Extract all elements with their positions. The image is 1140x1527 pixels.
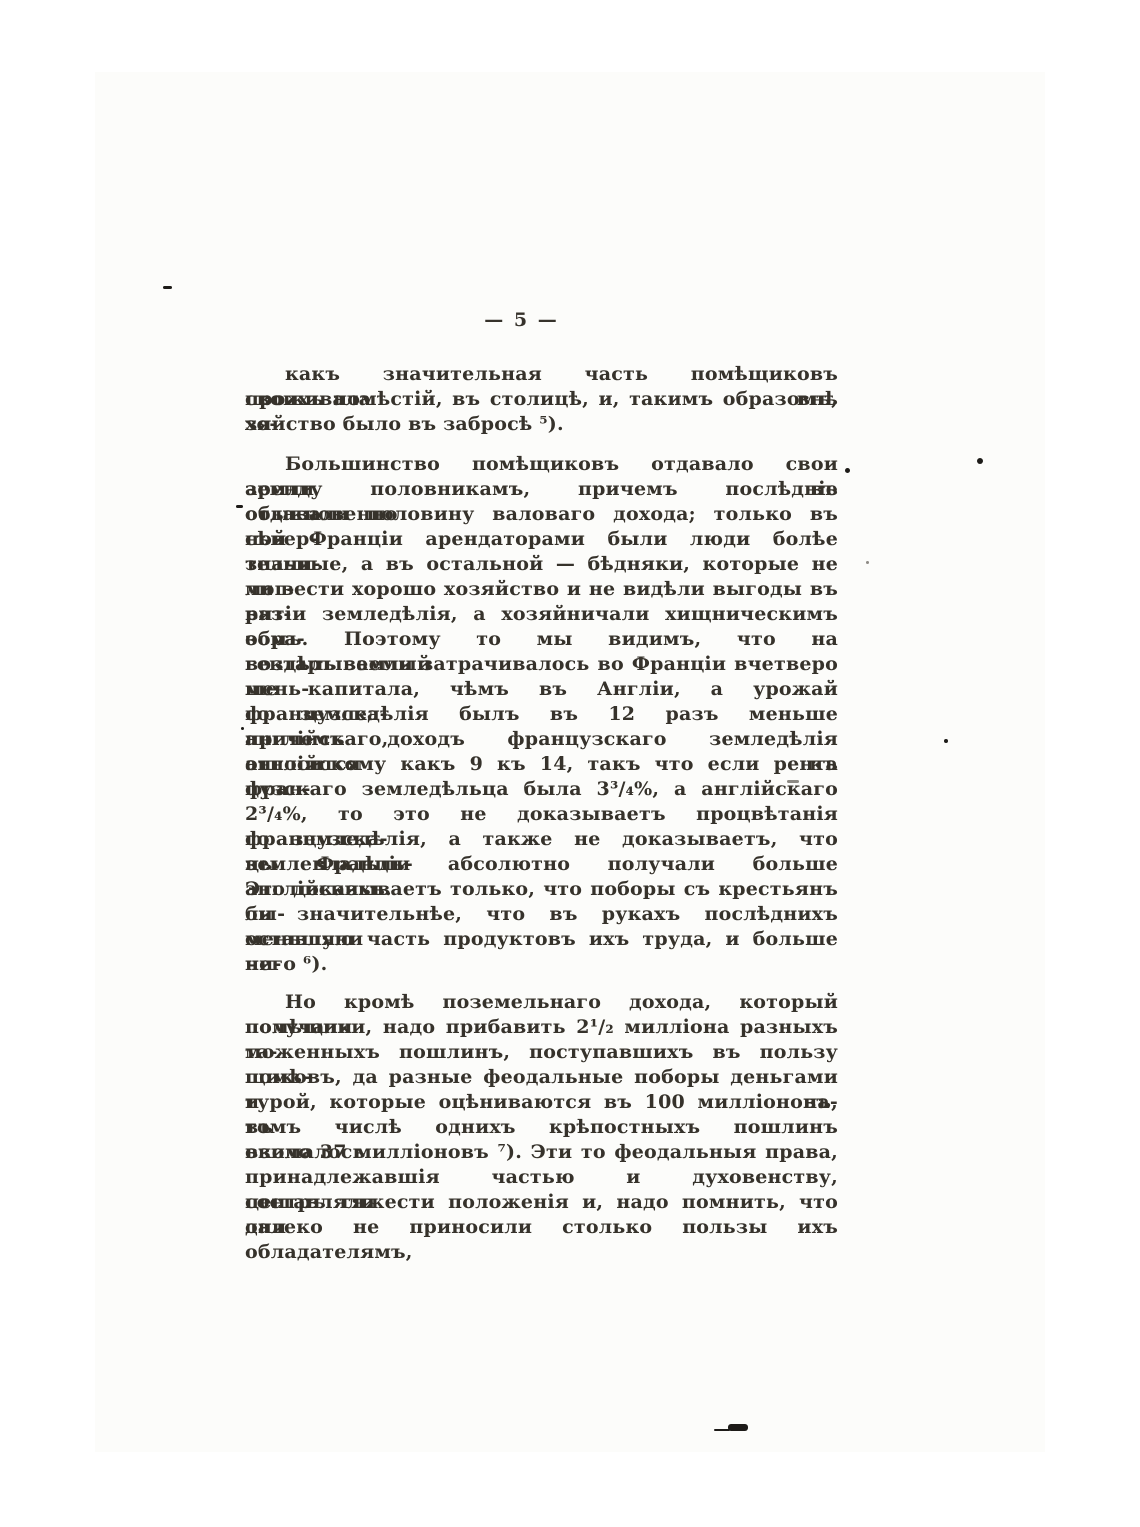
text-line: какъ значительная часть помѣщиковъ прожи… (245, 362, 838, 387)
text-line: ли значительнѣе, что въ рукахъ послѣдних… (245, 902, 838, 927)
page-number: — 5 — (225, 308, 818, 333)
ink-speck (236, 505, 243, 508)
text-line: ше капитала, чѣмъ въ Англіи, а урожай фр… (245, 677, 838, 702)
paragraphs-container: какъ значительная часть помѣщиковъ прожи… (245, 362, 838, 1240)
text-line: зяйство было въ забросѣ ⁵). (245, 412, 838, 437)
text-line: 2³/₄%, то это не доказываетъ процвѣтанія… (245, 802, 838, 827)
ink-smudge (714, 1429, 730, 1431)
ink-speck (977, 458, 983, 464)
text-line: принадлежавшія частью и духовенству, сос… (245, 1165, 838, 1190)
text-line: го земледѣлія, а также не доказываетъ, ч… (245, 827, 838, 852)
ink-speck (163, 286, 172, 289)
text-line: чего ⁶). (245, 952, 838, 977)
text-line: Но кромѣ поземельнаго дохода, который по… (245, 990, 838, 1015)
paragraph: Большинство помѣщиковъ отдавало свои зем… (245, 452, 838, 977)
ink-smudge (728, 1424, 748, 1431)
text-line: тельные, а въ остальной — бѣдняки, котор… (245, 552, 838, 577)
paragraph: Но кромѣ поземельнаго дохода, который по… (245, 990, 838, 1240)
text-line: аренду половникамъ, причемъ послѣдніе об… (245, 477, 838, 502)
text-line: около 37 милліоновъ ⁷). Эти то феодальны… (245, 1140, 838, 1165)
text-line: меньшую часть продуктовъ ихъ труда, и бо… (245, 927, 838, 952)
text-line: цузскаго земледѣльца была 3³/₄%, а англі… (245, 777, 838, 802)
text-line: центръ тяжести положенія и, надо помнить… (245, 1190, 838, 1215)
text-line: англійскому какъ 9 къ 14, такъ что если … (245, 752, 838, 777)
text-line: го земледѣлія былъ въ 12 разъ меньше анг… (245, 702, 838, 727)
text-line: щиковъ, да разные феодальные поборы день… (245, 1065, 838, 1090)
text-line: гектаръ земли затрачивалось во Франціи в… (245, 652, 838, 677)
ink-speck (866, 561, 869, 564)
text-line: моженныхъ пошлинъ, поступавшихъ въ польз… (245, 1040, 838, 1065)
text-line: своихъ помѣстій, въ столицѣ, и, такимъ о… (245, 387, 838, 412)
text-line: отдавали половину валоваго дохода; тольк… (245, 502, 838, 527)
text-line: зомъ. Поэтому то мы видимъ, что на воздѣ… (245, 627, 838, 652)
ink-speck (944, 739, 948, 743)
ink-speck (845, 468, 850, 473)
text-line: томъ числѣ однихъ крѣпостныхъ пошлинъ вз… (245, 1115, 838, 1140)
text-line: помѣщики, надо прибавить 2¹/₂ милліона р… (245, 1015, 838, 1040)
text-line: Большинство помѣщиковъ отдавало свои зем… (245, 452, 838, 477)
page-text: — 5 — какъ значительная часть помѣщиковъ… (245, 308, 838, 1240)
text-line: Это доказываетъ только, что поборы съ кр… (245, 877, 838, 902)
text-line: турой, которые оцѣниваются въ 100 милліо… (245, 1090, 838, 1115)
paragraph: какъ значительная часть помѣщиковъ прожи… (245, 362, 838, 437)
text-line: цы Франціи абсолютно получали больше анг… (245, 852, 838, 877)
text-line: ной Франціи арендаторами были люди болѣе… (245, 527, 838, 552)
text-line: витіи земледѣлія, а хозяйничали хищничес… (245, 602, 838, 627)
text-line: далеко не приносили столько пользы ихъ о… (245, 1215, 838, 1240)
ink-speck (241, 727, 244, 730)
text-line: причемъ доходъ французскаго земледѣлія о… (245, 727, 838, 752)
text-line: ли вести хорошо хозяйство и не видѣли вы… (245, 577, 838, 602)
